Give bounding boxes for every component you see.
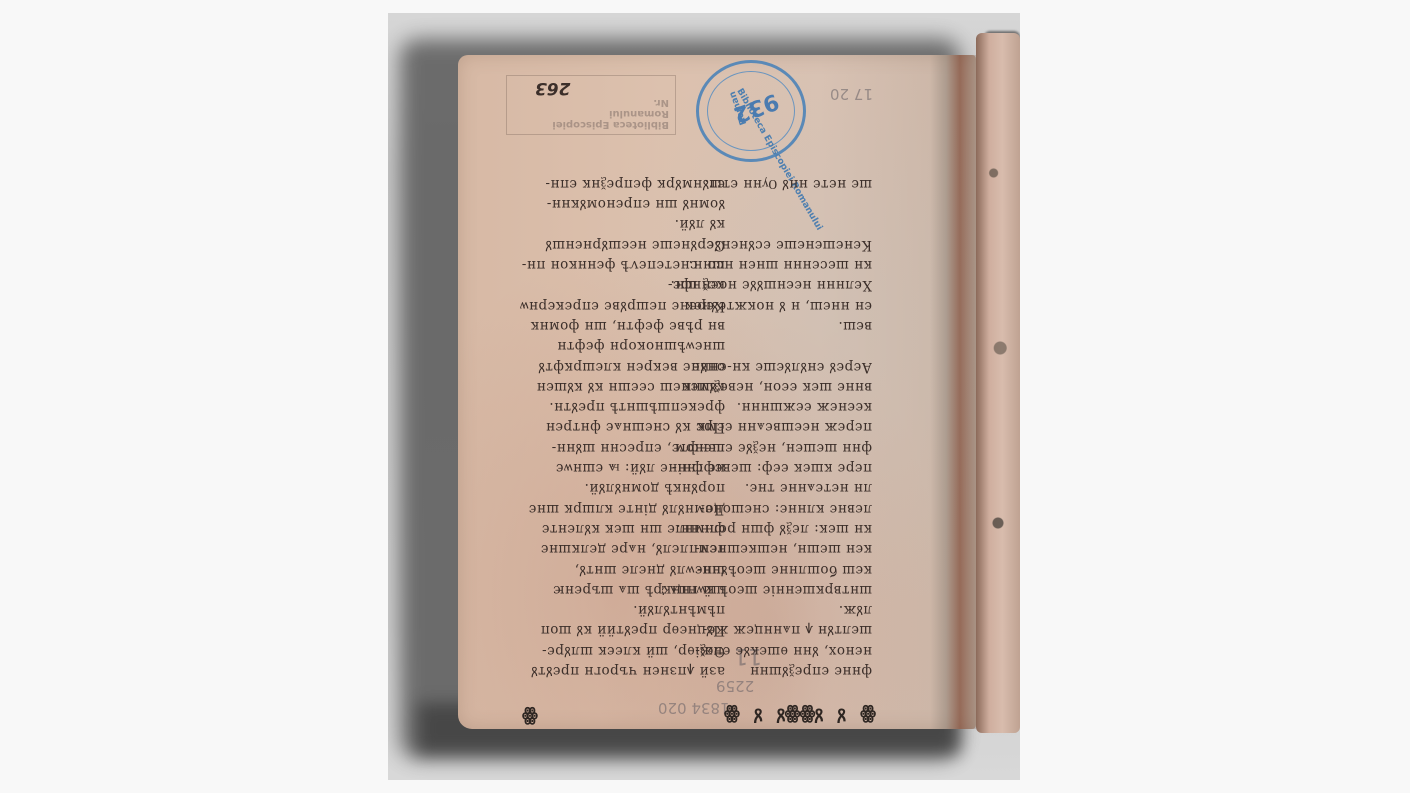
text-line: лєвнє клннє: снєшонє-	[662, 498, 872, 518]
text-column-right: фннє єпрєѯꙋшнннєнох, ꙋнн ѳшєкꙋє єнж-шєлт…	[662, 174, 872, 681]
text-line: кєн шєшн, нєшкєшнєн-	[662, 539, 872, 559]
text-line: кн шєк: лєѯꙋ фшн ролннн.	[662, 519, 872, 539]
ornament-1: ꙮ	[518, 706, 538, 727]
text-line: Аєрєꙋ єнꙋлꙋєшє кн-єннє	[662, 356, 872, 376]
text-line: вєш.	[662, 316, 872, 336]
text-line	[662, 336, 872, 356]
text-line: шєлтꙋн ꙟ пѧннцєж жє-	[662, 620, 872, 640]
text-line: шє нєтє ннꙋ Ѹнн єтш.	[662, 174, 872, 194]
text-line: єн ннєш, н ꙋ нокжтєꙋнєк	[662, 295, 872, 315]
text-line: лꙋж.	[662, 600, 872, 620]
text-line: кєєнєж єєжшннн.	[662, 397, 872, 417]
text-line: Кєнєшєнєшє єсꙋнєнꙋє.	[662, 234, 872, 254]
book-page: Biblioteca Episcopiei Romanului Nr. 263 …	[458, 55, 976, 729]
text-line: Хєлннн нєєншꙋꙋє ноєннфє-	[662, 275, 872, 295]
text-line: кн шєсєннн шнєн нсо н.	[662, 255, 872, 275]
book-spine	[976, 33, 1020, 733]
text-line: пєрє кшєк єєф: шєвєфгнн-	[662, 458, 872, 478]
page-text-rotated: азӥ ꙟпзнєн чърогн прєꙋтꙋѲєѯіѳр, шӥ клєєк…	[458, 55, 976, 729]
text-line: фнн шєшєн, нєѯꙋє єшєном	[662, 437, 872, 457]
text-line: фннє єпрєѯꙋшнн	[662, 661, 872, 681]
text-line: лн нєтєѧннє тнє.	[662, 478, 872, 498]
text-line	[662, 214, 872, 234]
scanned-image: Biblioteca Episcopiei Romanului Nr. 263 …	[388, 13, 1020, 780]
text-line	[662, 194, 872, 214]
text-line: пєрєж нєєшвєѧнн єємк	[662, 417, 872, 437]
text-line: вннє шєк єєон, нєвєѯшнк	[662, 377, 872, 397]
ornament-3: ꙮ ꙋ ꙋ ꙮ	[781, 703, 876, 727]
text-line: кєш бошлннє шєоѣꙋнн-	[662, 559, 872, 579]
text-line: шнтвркшєнніє шєоѣ кѡнцѧ ꙋє-	[662, 580, 872, 600]
text-line: нєнох, ꙋнн ѳшєкꙋє єнж-	[662, 640, 872, 660]
